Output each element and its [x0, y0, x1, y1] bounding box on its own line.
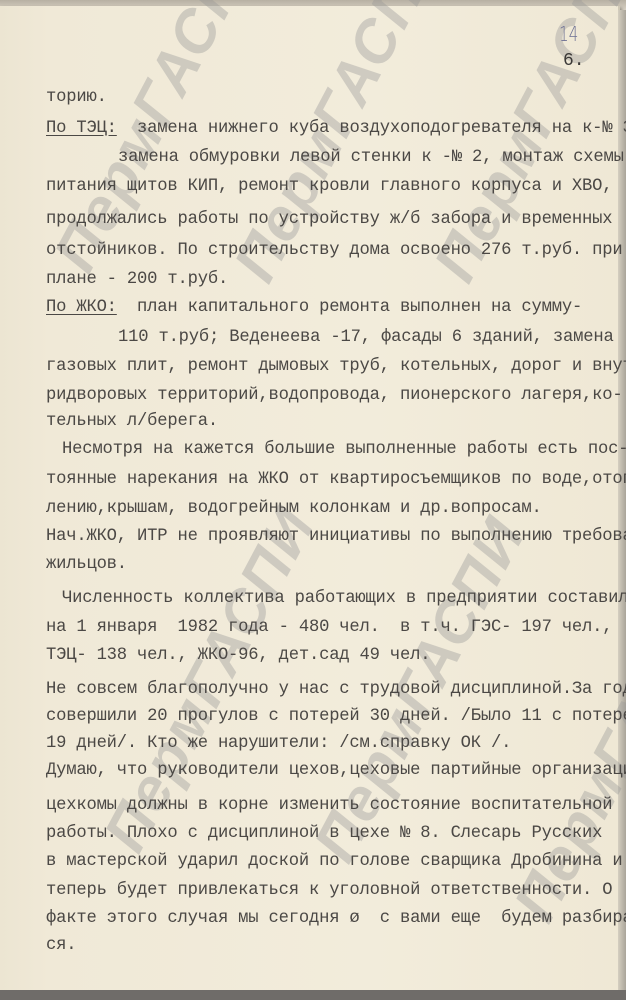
text-line: продолжались работы по устройству ж/б за… [46, 210, 612, 229]
text-line: факте этого случая мы сегодня ø с вами е… [46, 909, 626, 928]
text-line: По ЖКО: план капитального ремонта выполн… [46, 298, 582, 317]
text-line: плане - 200 т.руб. [46, 270, 228, 289]
page-number: 6. [563, 51, 585, 71]
text-line: ридворовых территорий,водопровода, пионе… [46, 386, 623, 405]
text-line: Думаю, что руководители цехов,цеховые па… [46, 761, 626, 780]
text-line: теперь будет привлекаться к уголовной от… [46, 881, 612, 900]
text-line: совершили 20 прогулов с потерей 30 дней.… [46, 707, 626, 726]
text-line: газовых плит, ремонт дымовых труб, котел… [46, 357, 626, 376]
text-line: жильцов. [46, 555, 127, 574]
text-line: лению,крышам, водогрейным колонкам и др.… [46, 499, 542, 518]
text-line: ТЭЦ- 138 чел., ЖКО-96, дет.сад 49 чел. [46, 646, 430, 665]
text-line: ся. [46, 936, 76, 955]
text-line: замена обмуровки левой стенки к -№ 2, мо… [118, 148, 624, 167]
text-line: Нач.ЖКО, ИТР не проявляют инициативы по … [46, 527, 626, 546]
folio-number: 14 [559, 22, 578, 46]
text-line: торию. [46, 88, 107, 107]
text-line: 19 дней/. Кто же нарушители: /см.справку… [46, 734, 511, 753]
text-line: 110 т.руб; Веденеева -17, фасады 6 здани… [118, 328, 614, 347]
text-line: тоянные нарекания на ЖКО от квартиросъем… [46, 470, 626, 489]
text-line: в мастерской ударил доской по голове сва… [46, 852, 623, 871]
section-label-tec: По ТЭЦ: [46, 119, 117, 138]
text-line: питания щитов КИП, ремонт кровли главног… [46, 177, 612, 196]
text-line: По ТЭЦ: замена нижнего куба воздухоподог… [46, 119, 626, 138]
text-line: тельных л/берега. [46, 412, 218, 431]
section-label-zhko: По ЖКО: [46, 298, 117, 317]
text-line: Численность коллектива работающих в пред… [62, 589, 626, 608]
text-line: Не совсем благополучно у нас с трудовой … [46, 680, 626, 699]
text-line: цехкомы должны в корне изменить состояни… [46, 796, 612, 815]
text-line: отстойников. По строительству дома освое… [46, 241, 623, 260]
scan-bottom-edge [0, 990, 626, 1000]
text-line: работы. Плохо с дисциплиной в цехе № 8. … [46, 824, 602, 843]
text-line: на 1 января 1982 года - 480 чел. в т.ч. … [46, 618, 612, 637]
text-line: Несмотря на кажется большие выполненные … [62, 440, 626, 459]
